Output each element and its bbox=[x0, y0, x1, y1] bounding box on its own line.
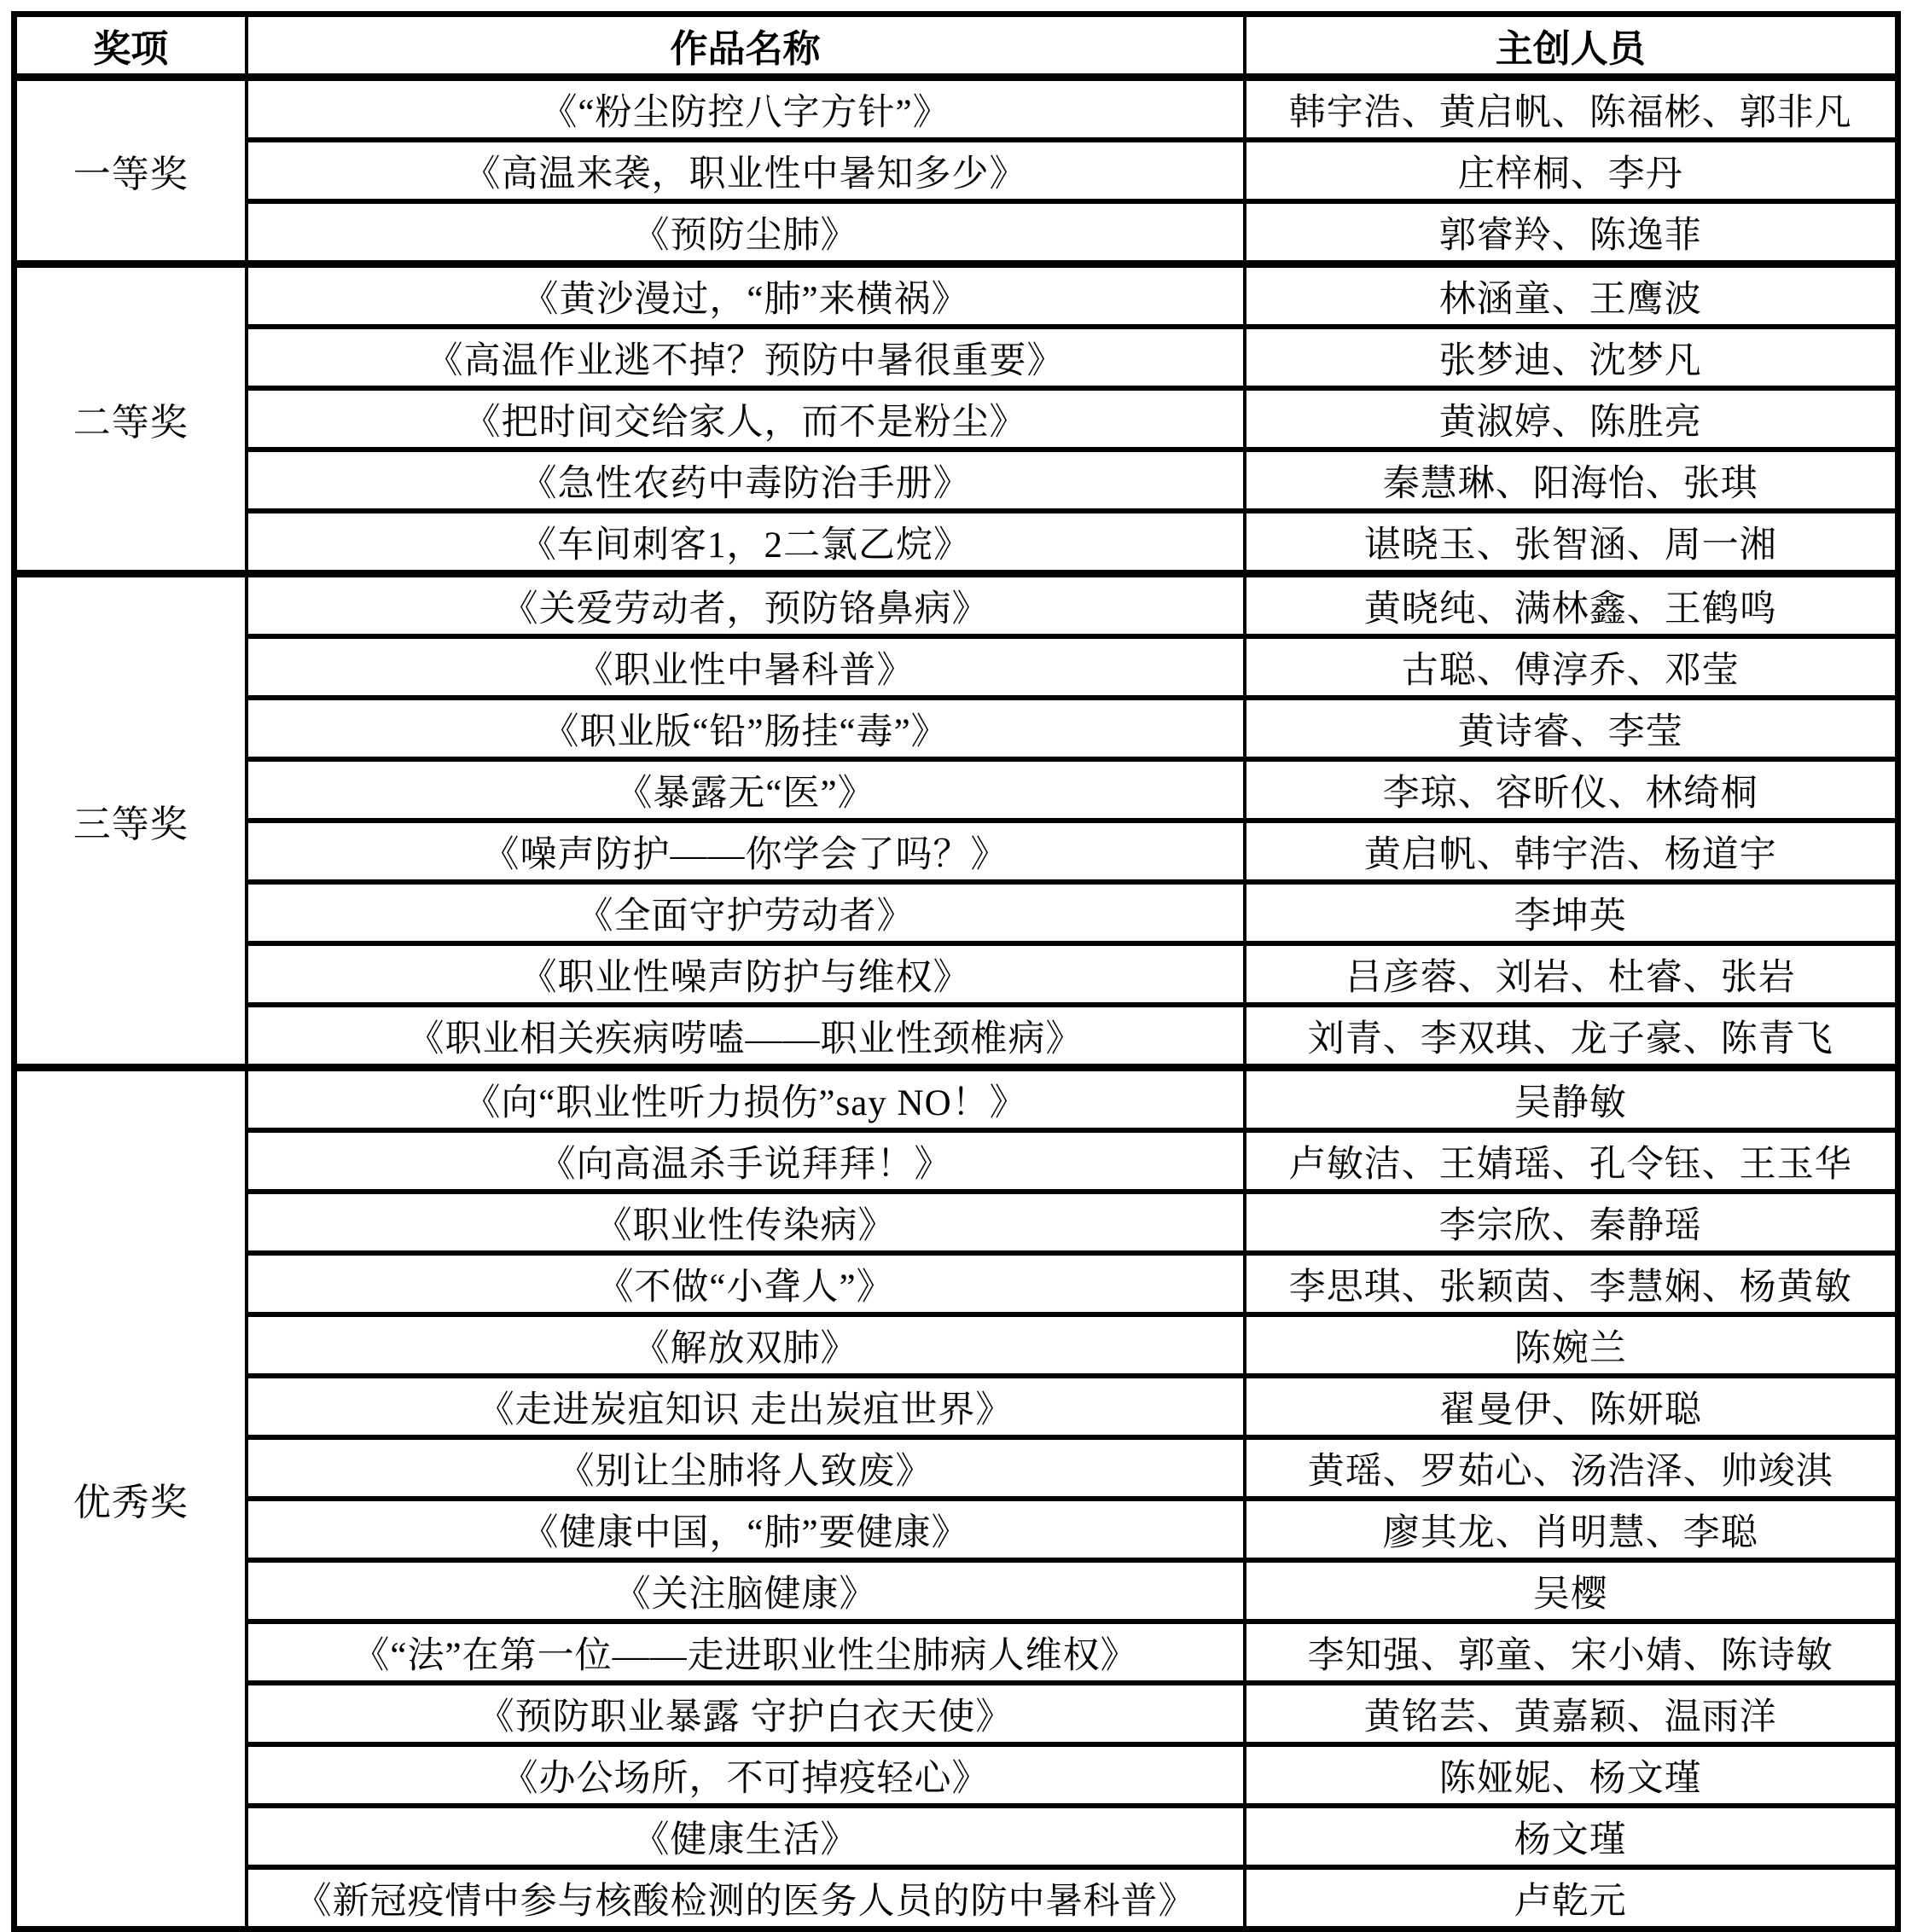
creators-cell: 李思琪、张颖茵、李慧娴、杨黄敏 bbox=[1245, 1253, 1898, 1314]
table-row: 《向高温杀手说拜拜！》卢敏洁、王婧瑶、孔令钰、王玉华 bbox=[15, 1130, 1898, 1192]
table-row: 《不做“小聋人”》李思琪、张颖茵、李慧娴、杨黄敏 bbox=[15, 1253, 1898, 1314]
creators-cell: 黄瑶、罗茹心、汤浩泽、帅竣淇 bbox=[1245, 1437, 1898, 1499]
creators-cell: 吕彦蓉、刘岩、杜睿、张岩 bbox=[1245, 943, 1898, 1005]
work-title-cell: 《健康生活》 bbox=[247, 1806, 1245, 1867]
table-row: 三等奖《关爱劳动者，预防铬鼻病》黄晓纯、满林鑫、王鹤鸣 bbox=[15, 574, 1898, 637]
table-row: 《高温作业逃不掉？预防中暑很重要》张梦迪、沈梦凡 bbox=[15, 327, 1898, 388]
work-title-cell: 《向“职业性听力损伤”say NO！》 bbox=[247, 1068, 1245, 1131]
work-title-cell: 《办公场所，不可掉疫轻心》 bbox=[247, 1744, 1245, 1806]
table-row: 优秀奖《向“职业性听力损伤”say NO！》吴静敏 bbox=[15, 1068, 1898, 1131]
work-title-cell: 《解放双肺》 bbox=[247, 1314, 1245, 1376]
document-page: 奖项 作品名称 主创人员 一等奖《“粉尘防控八字方针”》韩宇浩、黄启帆、陈福彬、… bbox=[0, 0, 1906, 1931]
creators-cell: 黄铭芸、黄嘉颖、温雨洋 bbox=[1245, 1683, 1898, 1744]
work-title-cell: 《向高温杀手说拜拜！》 bbox=[247, 1130, 1245, 1192]
work-title-cell: 《急性农药中毒防治手册》 bbox=[247, 450, 1245, 511]
creators-cell: 李琼、容昕仪、林绮桐 bbox=[1245, 759, 1898, 821]
table-row: 《关注脑健康》吴樱 bbox=[15, 1560, 1898, 1622]
table-row: 《解放双肺》陈婉兰 bbox=[15, 1314, 1898, 1376]
creators-cell: 黄淑婷、陈胜亮 bbox=[1245, 388, 1898, 450]
table-row: 《职业版“铅”肠挂“毒”》黄诗睿、李莹 bbox=[15, 698, 1898, 759]
work-title-cell: 《车间刺客1，2二氯乙烷》 bbox=[247, 511, 1245, 574]
col-header-award: 奖项 bbox=[15, 15, 247, 78]
award-cell: 一等奖 bbox=[15, 78, 247, 264]
table-row: 二等奖《黄沙漫过，“肺”来横祸》林涵童、王鹰波 bbox=[15, 264, 1898, 328]
work-title-cell: 《不做“小聋人”》 bbox=[247, 1253, 1245, 1314]
work-title-cell: 《职业相关疾病唠嗑——职业性颈椎病》 bbox=[247, 1005, 1245, 1068]
creators-cell: 庄梓桐、李丹 bbox=[1245, 140, 1898, 201]
table-row: 《新冠疫情中参与核酸检测的医务人员的防中暑科普》卢乾元 bbox=[15, 1867, 1898, 1929]
creators-cell: 陈娅妮、杨文瑾 bbox=[1245, 1744, 1898, 1806]
creators-cell: 杨文瑾 bbox=[1245, 1806, 1898, 1867]
table-row: 《急性农药中毒防治手册》秦慧琳、阳海怡、张琪 bbox=[15, 450, 1898, 511]
work-title-cell: 《高温作业逃不掉？预防中暑很重要》 bbox=[247, 327, 1245, 388]
creators-cell: 郭睿羚、陈逸菲 bbox=[1245, 201, 1898, 264]
work-title-cell: 《噪声防护——你学会了吗？》 bbox=[247, 821, 1245, 882]
work-title-cell: 《职业性传染病》 bbox=[247, 1192, 1245, 1253]
table-row: 《全面守护劳动者》李坤英 bbox=[15, 882, 1898, 943]
table-row: 《车间刺客1，2二氯乙烷》谌晓玉、张智涵、周一湘 bbox=[15, 511, 1898, 574]
col-header-title: 作品名称 bbox=[247, 15, 1245, 78]
work-title-cell: 《预防尘肺》 bbox=[247, 201, 1245, 264]
creators-cell: 古聪、傅淳乔、邓莹 bbox=[1245, 636, 1898, 698]
work-title-cell: 《黄沙漫过，“肺”来横祸》 bbox=[247, 264, 1245, 328]
work-title-cell: 《关爱劳动者，预防铬鼻病》 bbox=[247, 574, 1245, 637]
work-title-cell: 《暴露无“医”》 bbox=[247, 759, 1245, 821]
col-header-creators: 主创人员 bbox=[1245, 15, 1898, 78]
work-title-cell: 《把时间交给家人，而不是粉尘》 bbox=[247, 388, 1245, 450]
table-row: 《健康中国，“肺”要健康》廖其龙、肖明慧、李聪 bbox=[15, 1499, 1898, 1560]
work-title-cell: 《走进炭疽知识 走出炭疽世界》 bbox=[247, 1376, 1245, 1437]
table-row: 《噪声防护——你学会了吗？》黄启帆、韩宇浩、杨道宇 bbox=[15, 821, 1898, 882]
table-row: 《职业相关疾病唠嗑——职业性颈椎病》刘青、李双琪、龙子豪、陈青飞 bbox=[15, 1005, 1898, 1068]
table-row: 《职业性中暑科普》古聪、傅淳乔、邓莹 bbox=[15, 636, 1898, 698]
creators-cell: 李坤英 bbox=[1245, 882, 1898, 943]
creators-cell: 廖其龙、肖明慧、李聪 bbox=[1245, 1499, 1898, 1560]
creators-cell: 刘青、李双琪、龙子豪、陈青飞 bbox=[1245, 1005, 1898, 1068]
creators-cell: 张梦迪、沈梦凡 bbox=[1245, 327, 1898, 388]
table-row: 《预防尘肺》郭睿羚、陈逸菲 bbox=[15, 201, 1898, 264]
table-row: 《健康生活》杨文瑾 bbox=[15, 1806, 1898, 1867]
award-cell: 优秀奖 bbox=[15, 1068, 247, 1929]
work-title-cell: 《新冠疫情中参与核酸检测的医务人员的防中暑科普》 bbox=[247, 1867, 1245, 1929]
work-title-cell: 《“粉尘防控八字方针”》 bbox=[247, 78, 1245, 141]
table-row: 《把时间交给家人，而不是粉尘》黄淑婷、陈胜亮 bbox=[15, 388, 1898, 450]
creators-cell: 黄启帆、韩宇浩、杨道宇 bbox=[1245, 821, 1898, 882]
creators-cell: 卢敏洁、王婧瑶、孔令钰、王玉华 bbox=[1245, 1130, 1898, 1192]
creators-cell: 韩宇浩、黄启帆、陈福彬、郭非凡 bbox=[1245, 78, 1898, 141]
table-row: 《高温来袭，职业性中暑知多少》庄梓桐、李丹 bbox=[15, 140, 1898, 201]
awards-table: 奖项 作品名称 主创人员 一等奖《“粉尘防控八字方针”》韩宇浩、黄启帆、陈福彬、… bbox=[11, 11, 1901, 1932]
table-row: 《预防职业暴露 守护白衣天使》黄铭芸、黄嘉颖、温雨洋 bbox=[15, 1683, 1898, 1744]
creators-cell: 卢乾元 bbox=[1245, 1867, 1898, 1929]
award-cell: 二等奖 bbox=[15, 264, 247, 574]
header-row: 奖项 作品名称 主创人员 bbox=[15, 15, 1898, 78]
table-row: 《走进炭疽知识 走出炭疽世界》翟曼伊、陈妍聪 bbox=[15, 1376, 1898, 1437]
creators-cell: 吴静敏 bbox=[1245, 1068, 1898, 1131]
work-title-cell: 《预防职业暴露 守护白衣天使》 bbox=[247, 1683, 1245, 1744]
work-title-cell: 《别让尘肺将人致废》 bbox=[247, 1437, 1245, 1499]
table-row: 《职业性噪声防护与维权》吕彦蓉、刘岩、杜睿、张岩 bbox=[15, 943, 1898, 1005]
creators-cell: 秦慧琳、阳海怡、张琪 bbox=[1245, 450, 1898, 511]
work-title-cell: 《高温来袭，职业性中暑知多少》 bbox=[247, 140, 1245, 201]
creators-cell: 李宗欣、秦静瑶 bbox=[1245, 1192, 1898, 1253]
creators-cell: 黄晓纯、满林鑫、王鹤鸣 bbox=[1245, 574, 1898, 637]
work-title-cell: 《关注脑健康》 bbox=[247, 1560, 1245, 1622]
table-row: 《别让尘肺将人致废》黄瑶、罗茹心、汤浩泽、帅竣淇 bbox=[15, 1437, 1898, 1499]
creators-cell: 陈婉兰 bbox=[1245, 1314, 1898, 1376]
work-title-cell: 《健康中国，“肺”要健康》 bbox=[247, 1499, 1245, 1560]
table-row: 一等奖《“粉尘防控八字方针”》韩宇浩、黄启帆、陈福彬、郭非凡 bbox=[15, 78, 1898, 141]
work-title-cell: 《职业性中暑科普》 bbox=[247, 636, 1245, 698]
table-row: 《暴露无“医”》李琼、容昕仪、林绮桐 bbox=[15, 759, 1898, 821]
table-row: 《办公场所，不可掉疫轻心》陈娅妮、杨文瑾 bbox=[15, 1744, 1898, 1806]
creators-cell: 黄诗睿、李莹 bbox=[1245, 698, 1898, 759]
award-cell: 三等奖 bbox=[15, 574, 247, 1068]
creators-cell: 谌晓玉、张智涵、周一湘 bbox=[1245, 511, 1898, 574]
creators-cell: 翟曼伊、陈妍聪 bbox=[1245, 1376, 1898, 1437]
table-row: 《“法”在第一位——走进职业性尘肺病人维权》李知强、郭童、宋小婧、陈诗敏 bbox=[15, 1622, 1898, 1683]
creators-cell: 李知强、郭童、宋小婧、陈诗敏 bbox=[1245, 1622, 1898, 1683]
creators-cell: 吴樱 bbox=[1245, 1560, 1898, 1622]
work-title-cell: 《全面守护劳动者》 bbox=[247, 882, 1245, 943]
creators-cell: 林涵童、王鹰波 bbox=[1245, 264, 1898, 328]
work-title-cell: 《“法”在第一位——走进职业性尘肺病人维权》 bbox=[247, 1622, 1245, 1683]
table-row: 《职业性传染病》李宗欣、秦静瑶 bbox=[15, 1192, 1898, 1253]
work-title-cell: 《职业版“铅”肠挂“毒”》 bbox=[247, 698, 1245, 759]
work-title-cell: 《职业性噪声防护与维权》 bbox=[247, 943, 1245, 1005]
